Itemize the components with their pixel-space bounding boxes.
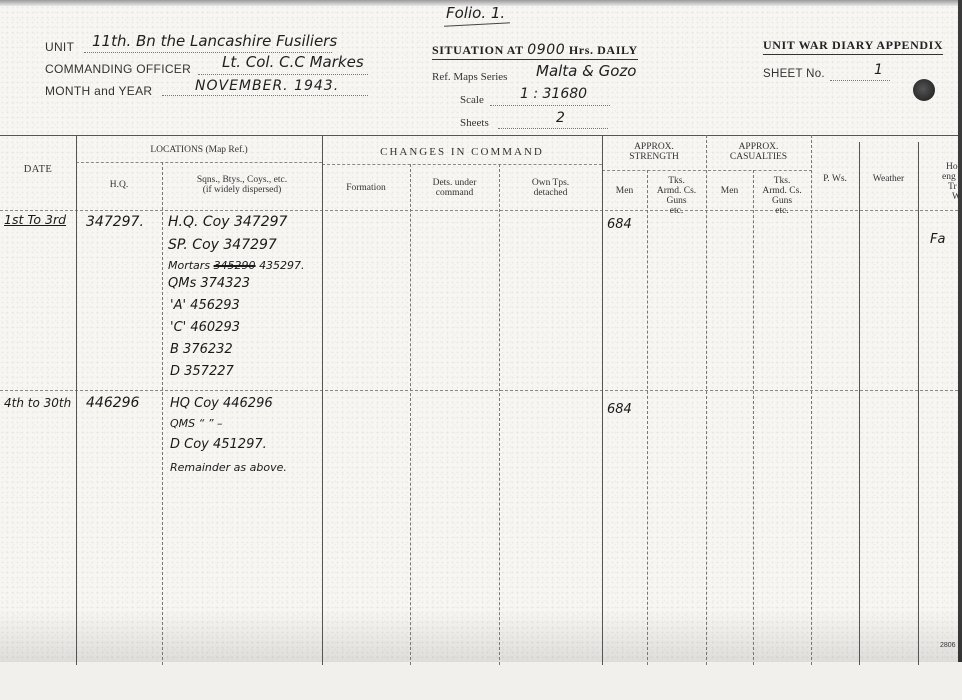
col-divider-strength [706, 135, 707, 665]
folio-underline [444, 22, 510, 26]
col-header-strength: APPROX. STRENGTH [602, 142, 706, 162]
cas-tks-2: Armd. Cs. [753, 186, 811, 196]
cas-line-1: APPROX. [706, 142, 811, 152]
footer-code: 2806 [940, 642, 956, 649]
row2-strength-men: 684 [607, 400, 632, 420]
col-header-pws: P. Ws. [811, 174, 859, 184]
ref-maps-value: Malta & Gozo [536, 62, 636, 80]
scale-dotted-line [490, 105, 610, 106]
row1-hq: 347297. [86, 212, 144, 232]
dets-line-1: Dets. under [410, 178, 499, 188]
col-divider-locations [322, 135, 323, 665]
str-tks-4: etc. [647, 206, 706, 216]
strength-subheader-line [602, 170, 812, 171]
own-line-1: Own Tps. [499, 178, 602, 188]
str-tks-1: Tks. [647, 176, 706, 186]
col-divider-pws [859, 142, 860, 665]
cas-tks-3: Guns [753, 196, 811, 206]
strength-line-2: STRENGTH [602, 152, 706, 162]
unit-label: UNIT [45, 40, 74, 54]
row2-sqn-3: Remainder as above. [170, 458, 287, 478]
situation-suffix: Hrs. DAILY [569, 43, 638, 57]
mortars-new-ref: 435297. [259, 259, 305, 272]
row1-sqn-4: 'A' 456293 [170, 296, 240, 316]
col-header-sqns: Sqns., Btys., Coys., etc. (if widely dis… [162, 175, 322, 195]
sqns-sublabel: (if widely dispersed) [162, 185, 322, 195]
col-header-own-tps: Own Tps. detached [499, 178, 602, 198]
row1-sqn-1: SP. Coy 347297 [168, 235, 277, 255]
scan-shading [0, 610, 962, 662]
col-header-cas-tks: Tks. Armd. Cs. Guns etc. [753, 176, 811, 216]
col-divider-hq [162, 162, 163, 665]
punch-hole [913, 79, 935, 101]
col-divider-changes [602, 135, 603, 665]
row2-sqn-2: D Coy 451297. [170, 435, 267, 455]
cas-tks-4: etc. [753, 206, 811, 216]
str-tks-2: Armd. Cs. [647, 186, 706, 196]
row1-sqn-0: H.Q. Coy 347297 [168, 212, 287, 232]
situation-heading: SITUATION AT 0900 Hrs. DAILY [432, 42, 638, 60]
sqns-label: Sqns., Btys., Coys., etc. [162, 175, 322, 185]
scale-value: 1 : 31680 [520, 86, 587, 102]
col-header-locations: LOCATIONS (Map Ref.) [76, 145, 322, 155]
war-diary-sheet: Folio. 1. UNIT 11th. Bn the Lancashire F… [0, 0, 962, 662]
col-divider-str-men [647, 170, 648, 665]
col-header-hq: H.Q. [76, 180, 162, 190]
table-header-bottom [0, 210, 958, 211]
unit-value: 11th. Bn the Lancashire Fusiliers [92, 32, 337, 50]
col-divider-date [76, 135, 77, 665]
col-header-dets: Dets. under command [410, 178, 499, 198]
hours-line-4: W [930, 192, 962, 202]
row1-sqn-6: B 376232 [170, 340, 233, 360]
col-header-casualties: APPROX. CASUALTIES [706, 142, 811, 162]
month-year-label: MONTH and YEAR [45, 84, 152, 98]
commanding-officer-value: Lt. Col. C.C Markes [222, 53, 364, 71]
strength-line-1: APPROX. [602, 142, 706, 152]
sheets-value: 2 [556, 110, 565, 126]
col-header-formation: Formation [322, 183, 410, 193]
col-header-str-tks: Tks. Armd. Cs. Guns etc. [647, 176, 706, 216]
ref-maps-label: Ref. Maps Series [432, 71, 507, 83]
col-header-cas-men: Men [706, 186, 753, 196]
cas-tks-1: Tks. [753, 176, 811, 186]
mortars-label: Mortars [168, 259, 210, 272]
appendix-title: UNIT WAR DIARY APPENDIX [763, 38, 943, 55]
month-dotted-line [162, 95, 368, 96]
row2-sqn-0: HQ Coy 446296 [170, 394, 273, 414]
sheet-no-label: SHEET No. [763, 68, 825, 80]
hours-line-3: Tr [930, 182, 962, 192]
sheet-no-dotted-line [830, 80, 890, 81]
row-separator [0, 390, 958, 391]
row1-hours-mark: Fa [930, 230, 945, 250]
col-header-str-men: Men [602, 186, 647, 196]
row2-hq: 446296 [86, 393, 139, 413]
sheets-dotted-line [498, 128, 608, 129]
situation-prefix: SITUATION AT [432, 43, 524, 57]
row2-sqn-1: QMS “ ” – [170, 414, 223, 434]
own-line-2: detached [499, 188, 602, 198]
table-top-border [0, 135, 958, 136]
row1-date: 1st To 3rd [4, 210, 66, 230]
sheets-label: Sheets [460, 117, 489, 129]
col-divider-casualties [811, 135, 812, 665]
row1-sqn-5: 'C' 460293 [170, 318, 240, 338]
folio-number: Folio. 1. [446, 4, 505, 22]
sheet-no-value: 1 [874, 62, 883, 78]
str-tks-3: Guns [647, 196, 706, 206]
commanding-officer-label: COMMANDING OFFICER [45, 62, 191, 76]
col-divider-weather [918, 142, 919, 665]
col-header-changes: CHANGES IN COMMAND [322, 147, 602, 157]
row1-sqn-3: QMs 374323 [168, 274, 250, 294]
mortars-struck-ref: 345290 [214, 259, 256, 272]
hours-line-2: eng [930, 172, 962, 182]
month-year-value: NOVEMBER. 1943. [195, 78, 339, 94]
col-header-weather: Weather [859, 174, 918, 184]
locations-subheader-line [76, 162, 322, 163]
col-header-date: DATE [0, 165, 76, 175]
situation-time: 0900 [527, 42, 565, 58]
scale-label: Scale [460, 94, 484, 106]
col-divider-cas-men [753, 170, 754, 665]
hours-line-1: Ho [930, 162, 962, 172]
changes-subheader-line [322, 164, 602, 165]
row1-sqn-7: D 357227 [170, 362, 234, 382]
scan-right-edge [958, 0, 962, 662]
cas-line-2: CASUALTIES [706, 152, 811, 162]
col-divider-formation [410, 164, 411, 665]
col-divider-dets [499, 164, 500, 665]
dets-line-2: command [410, 188, 499, 198]
col-header-hours: Ho eng Tr W [930, 162, 962, 202]
row1-sqn-2: Mortars 345290 435297. [168, 256, 305, 276]
row2-date: 4th to 30th [4, 393, 71, 413]
co-dotted-line [198, 74, 368, 75]
row1-strength-men: 684 [607, 215, 632, 235]
